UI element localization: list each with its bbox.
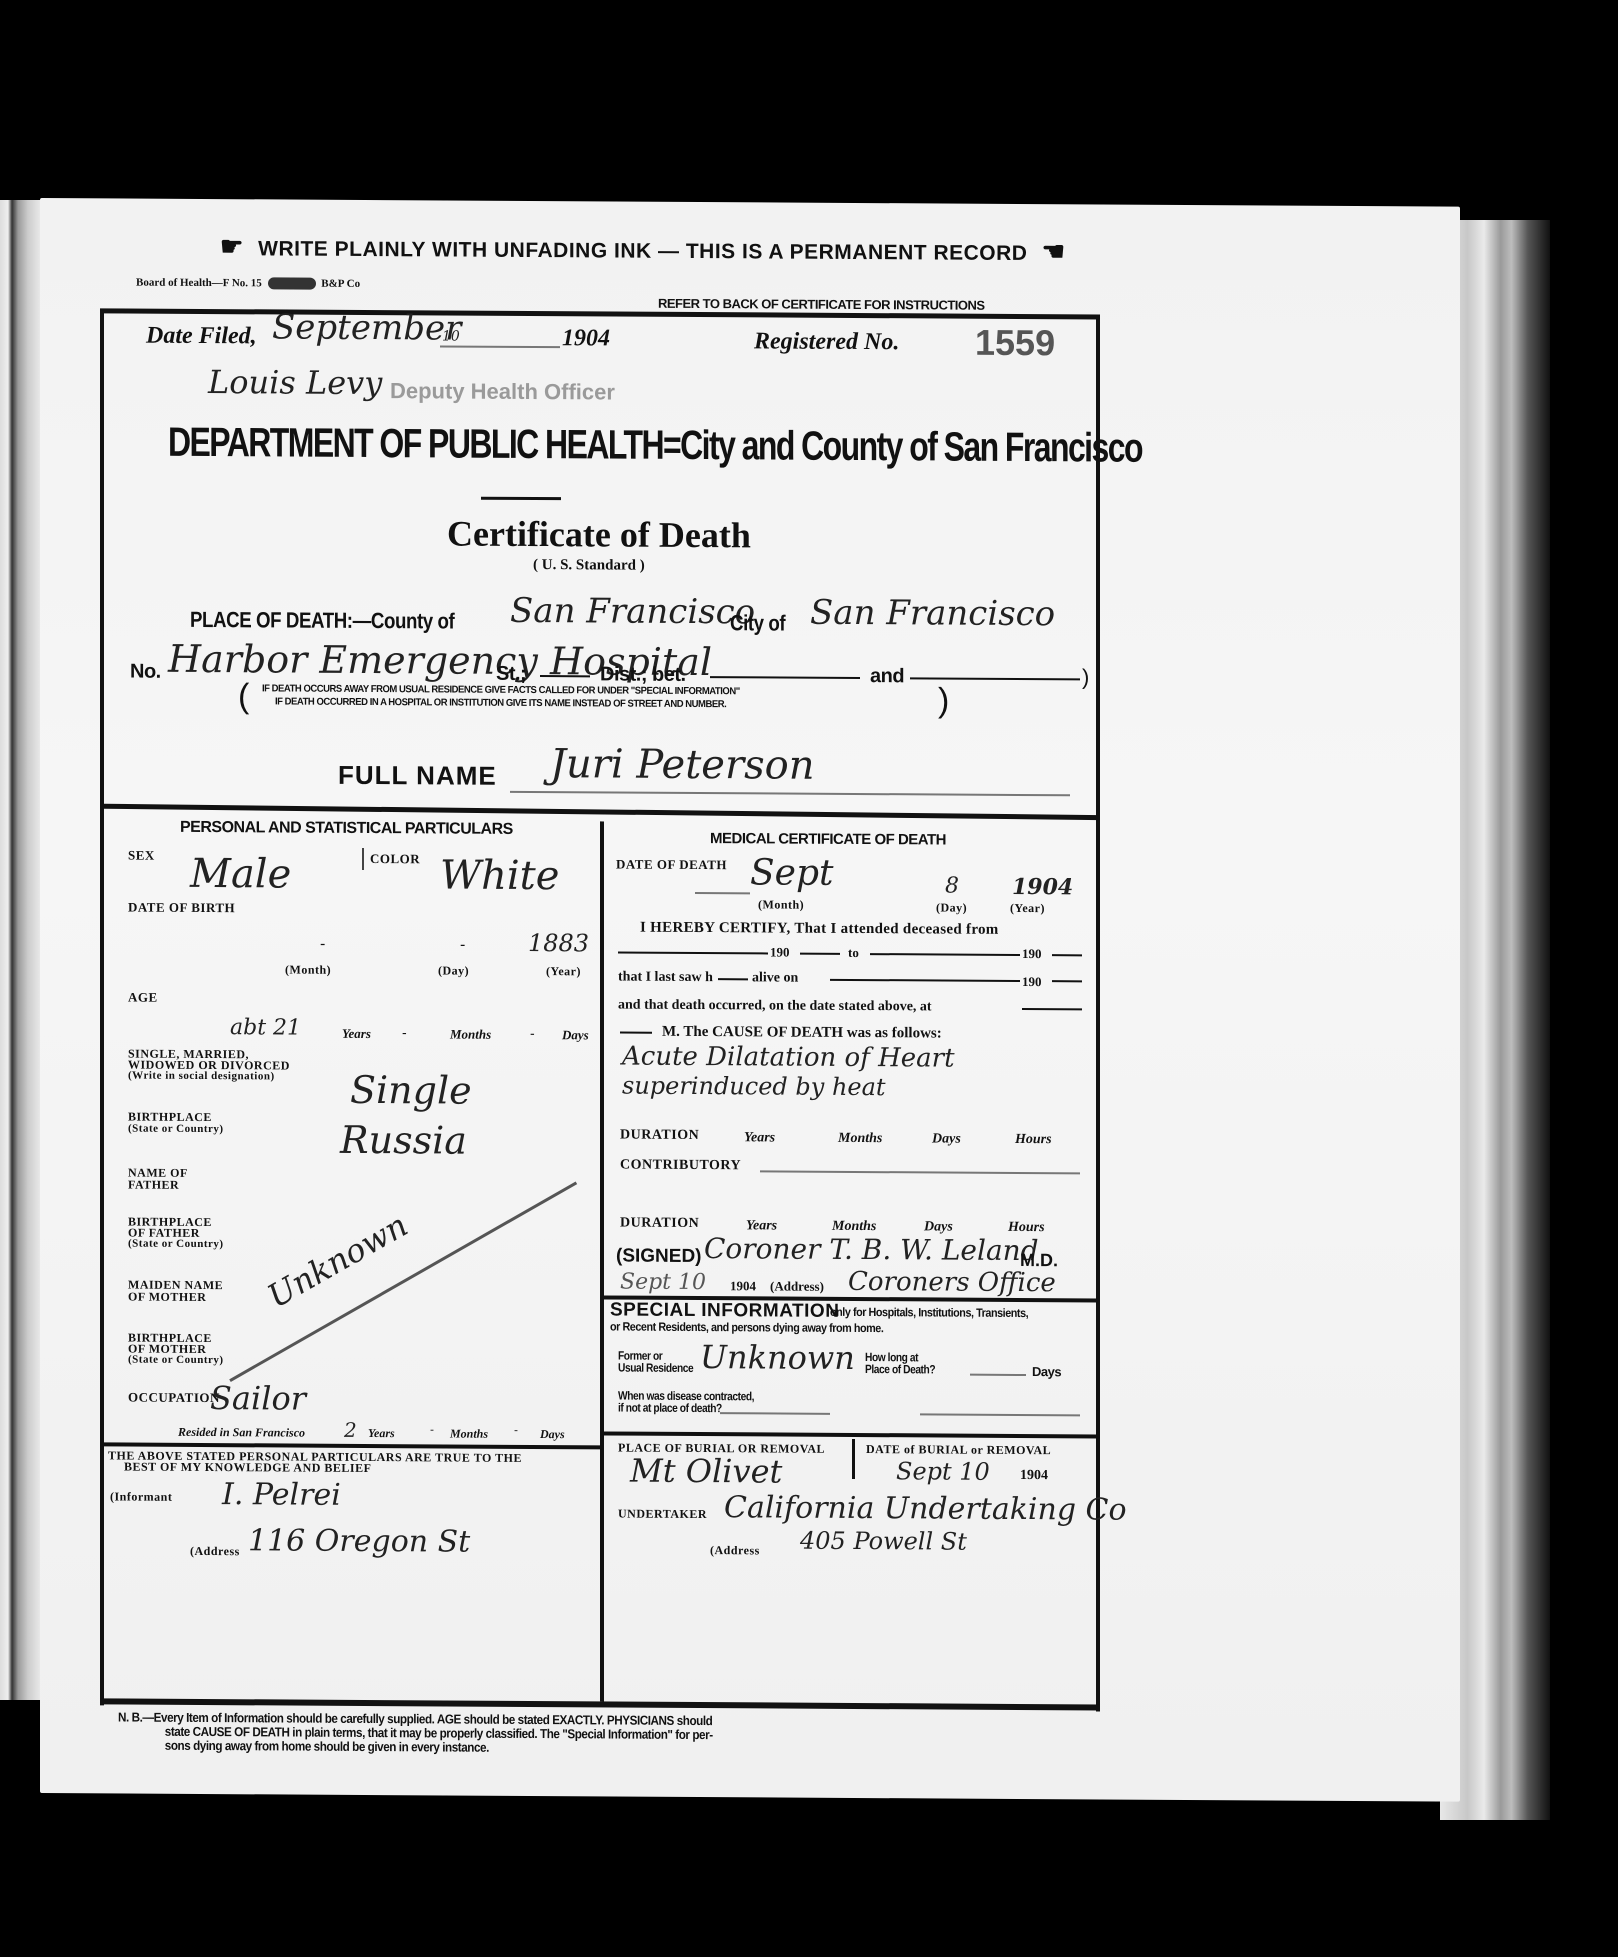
union-label-icon — [268, 278, 316, 290]
county-value: San Francisco — [510, 591, 755, 632]
full-name-value: Juri Peterson — [550, 741, 814, 789]
death-month: Sept — [750, 852, 833, 894]
place-of-death-label: PLACE OF DEATH:—County of — [190, 607, 454, 635]
age-days: - — [530, 1025, 535, 1041]
dob-label: DATE OF BIRTH — [128, 901, 235, 915]
medical-address-value: Coroners Office — [848, 1267, 1056, 1298]
date-filed-year: 1904 — [562, 325, 610, 352]
registered-number: 1559 — [975, 322, 1055, 364]
cause-line-2: superinduced by heat — [622, 1072, 886, 1102]
form-number: Board of Health—F No. 15 B&P Co — [136, 277, 360, 291]
residence-label: Former or Usual Residence — [618, 1350, 693, 1374]
informant-address-label: (Address — [190, 1545, 240, 1558]
certificate-title: Certificate of Death — [447, 512, 751, 556]
how-long-label: How long at Place of Death? — [865, 1351, 935, 1375]
standard-subtitle: ( U. S. Standard ) — [533, 557, 645, 575]
dob-month-label: (Month) — [285, 963, 331, 976]
dob-day-label: (Day) — [438, 964, 469, 977]
death-day-label: (Day) — [936, 901, 967, 914]
registered-label: Registered No. — [754, 328, 899, 356]
how-long-days-label: Days — [1032, 1364, 1061, 1379]
column-divider — [600, 821, 604, 1701]
city-label: City of — [730, 610, 785, 636]
dob-day: - — [460, 937, 465, 955]
parents-value: Unknown — [261, 1206, 414, 1316]
signed-date: Sept 10 — [620, 1270, 706, 1296]
dist-label: Dist.; bet. — [600, 663, 686, 687]
and-label: and — [870, 665, 904, 688]
instruction-line-2: IF DEATH OCCURRED IN A HOSPITAL OR INSTI… — [275, 696, 726, 710]
instruction-line-1: IF DEATH OCCURS AWAY FROM USUAL RESIDENC… — [262, 683, 740, 697]
father-name-label: NAME OF FATHER — [128, 1167, 188, 1191]
occupation-value: Sailor — [210, 1379, 306, 1418]
pointing-hand-right-icon: ☚ — [1042, 236, 1066, 266]
contributory-label: CONTRIBUTORY — [620, 1158, 741, 1175]
burial-place-value: Mt Olivet — [630, 1452, 782, 1491]
department-title: DEPARTMENT OF PUBLIC HEALTH=City and Cou… — [168, 419, 1142, 472]
duration-label-2: DURATION — [620, 1216, 699, 1232]
special-note: only for Hospitals, Institutions, Transi… — [830, 1305, 1028, 1320]
date-filed-day: 10 — [442, 328, 460, 344]
marital-label: SINGLE, MARRIED, WIDOWED OR DIVORCED (Wr… — [128, 1049, 290, 1083]
occurred-line: and that death occurred, on the date sta… — [618, 998, 932, 1016]
resided-months: - — [430, 1422, 434, 1436]
city-value: San Francisco — [810, 593, 1055, 634]
birthplace-label: BIRTHPLACE (State or Country) — [128, 1111, 224, 1136]
marital-value: Single — [350, 1068, 472, 1113]
personal-heading: PERSONAL AND STATISTICAL PARTICULARS — [180, 819, 513, 839]
death-certificate-page: ☛ WRITE PLAINLY WITH UNFADING INK — THIS… — [40, 198, 1460, 1802]
sex-label: SEX — [128, 849, 155, 862]
signed-value: Coroner T. B. W. Leland — [704, 1232, 1039, 1267]
mother-birthplace-label: BIRTHPLACE OF MOTHER (State or Country) — [128, 1333, 224, 1367]
resided-years-label: Years — [368, 1426, 395, 1441]
age-years-label: Years — [342, 1026, 371, 1042]
dob-month: - — [320, 936, 325, 954]
cause-intro: M. The CAUSE OF DEATH was as follows: — [662, 1024, 942, 1043]
medical-address-label: (Address) — [770, 1278, 824, 1294]
duration-label: DURATION — [620, 1128, 699, 1144]
pointing-hand-left-icon: ☛ — [220, 231, 244, 261]
full-name-label: FULL NAME — [338, 760, 497, 792]
resided-label: Resided in San Francisco — [178, 1425, 305, 1441]
sex-value: Male — [190, 851, 291, 898]
cause-line-1: Acute Dilatation of Heart — [622, 1042, 955, 1074]
st-label: St.; — [496, 663, 526, 686]
burial-year: 1904 — [1020, 1468, 1048, 1484]
attest-statement: THE ABOVE STATED PERSONAL PARTICULARS AR… — [108, 1450, 522, 1475]
no-label: No. — [130, 661, 161, 684]
contracted-label: When was disease contracted, if not at p… — [618, 1390, 754, 1415]
signed-label: (SIGNED) — [616, 1246, 702, 1269]
officer-title: Deputy Health Officer — [390, 378, 615, 405]
left-rule — [100, 310, 104, 1705]
informant-value: I. Pelrei — [222, 1477, 341, 1513]
burial-date-label: DATE of BURIAL or REMOVAL — [866, 1443, 1051, 1457]
top-banner: ☛ WRITE PLAINLY WITH UNFADING INK — THIS… — [220, 231, 1066, 267]
date-filed-label: Date Filed, — [146, 323, 257, 351]
dob-year-label: (Year) — [546, 965, 581, 978]
occupation-label: OCCUPATION — [128, 1391, 220, 1405]
resided-months-label: Months — [450, 1427, 488, 1442]
death-year: 1904 — [1012, 874, 1073, 900]
death-year-label: (Year) — [1010, 902, 1045, 915]
title-divider — [481, 497, 561, 500]
birthplace-value: Russia — [340, 1118, 467, 1163]
mother-maiden-label: MAIDEN NAME OF MOTHER — [128, 1279, 223, 1304]
special-note-2: or Recent Residents, and persons dying a… — [610, 1319, 883, 1335]
refer-note: REFER TO BACK OF CERTIFICATE FOR INSTRUC… — [658, 296, 985, 313]
dob-year: 1883 — [528, 929, 589, 957]
date-of-death-label: DATE OF DEATH — [616, 858, 727, 872]
resided-years: 2 — [344, 1418, 357, 1442]
date-filed-month: September — [272, 307, 461, 348]
informant-label: (Informant — [110, 1490, 172, 1503]
resided-days: - — [514, 1423, 518, 1437]
age-label: AGE — [128, 991, 158, 1004]
color-value: White — [440, 852, 559, 899]
undertaker-value: California Undertaking Co — [724, 1490, 1127, 1527]
father-birthplace-label: BIRTHPLACE OF FATHER (State or Country) — [128, 1217, 224, 1251]
certify-line: I HEREBY CERTIFY, That I attended deceas… — [640, 920, 999, 939]
death-day: 8 — [945, 874, 959, 899]
book-binding-left — [0, 200, 40, 1700]
informant-address-value: 116 Oregon St — [248, 1523, 470, 1559]
death-month-label: (Month) — [758, 898, 804, 911]
officer-signature: Louis Levy — [208, 363, 382, 402]
medical-heading: MEDICAL CERTIFICATE OF DEATH — [710, 830, 946, 848]
resided-days-label: Days — [540, 1427, 565, 1442]
burial-date-value: Sept 10 — [896, 1457, 990, 1486]
undertaker-address-value: 405 Powell St — [800, 1527, 967, 1556]
color-label: COLOR — [370, 852, 420, 865]
age-months-label: Months — [450, 1027, 491, 1043]
residence-value: Unknown — [700, 1338, 855, 1377]
undertaker-address-label: (Address — [710, 1544, 760, 1557]
footnote: N. B.—Every Item of Information should b… — [118, 1710, 713, 1756]
undertaker-label: UNDERTAKER — [618, 1508, 707, 1522]
last-saw-label: that I last saw h — [618, 970, 713, 987]
section-rule — [104, 804, 1099, 820]
signed-year: 1904 — [730, 1278, 756, 1294]
age-months: - — [402, 1024, 407, 1040]
age-value: abt 21 — [230, 1015, 301, 1040]
age-days-label: Days — [562, 1027, 589, 1043]
